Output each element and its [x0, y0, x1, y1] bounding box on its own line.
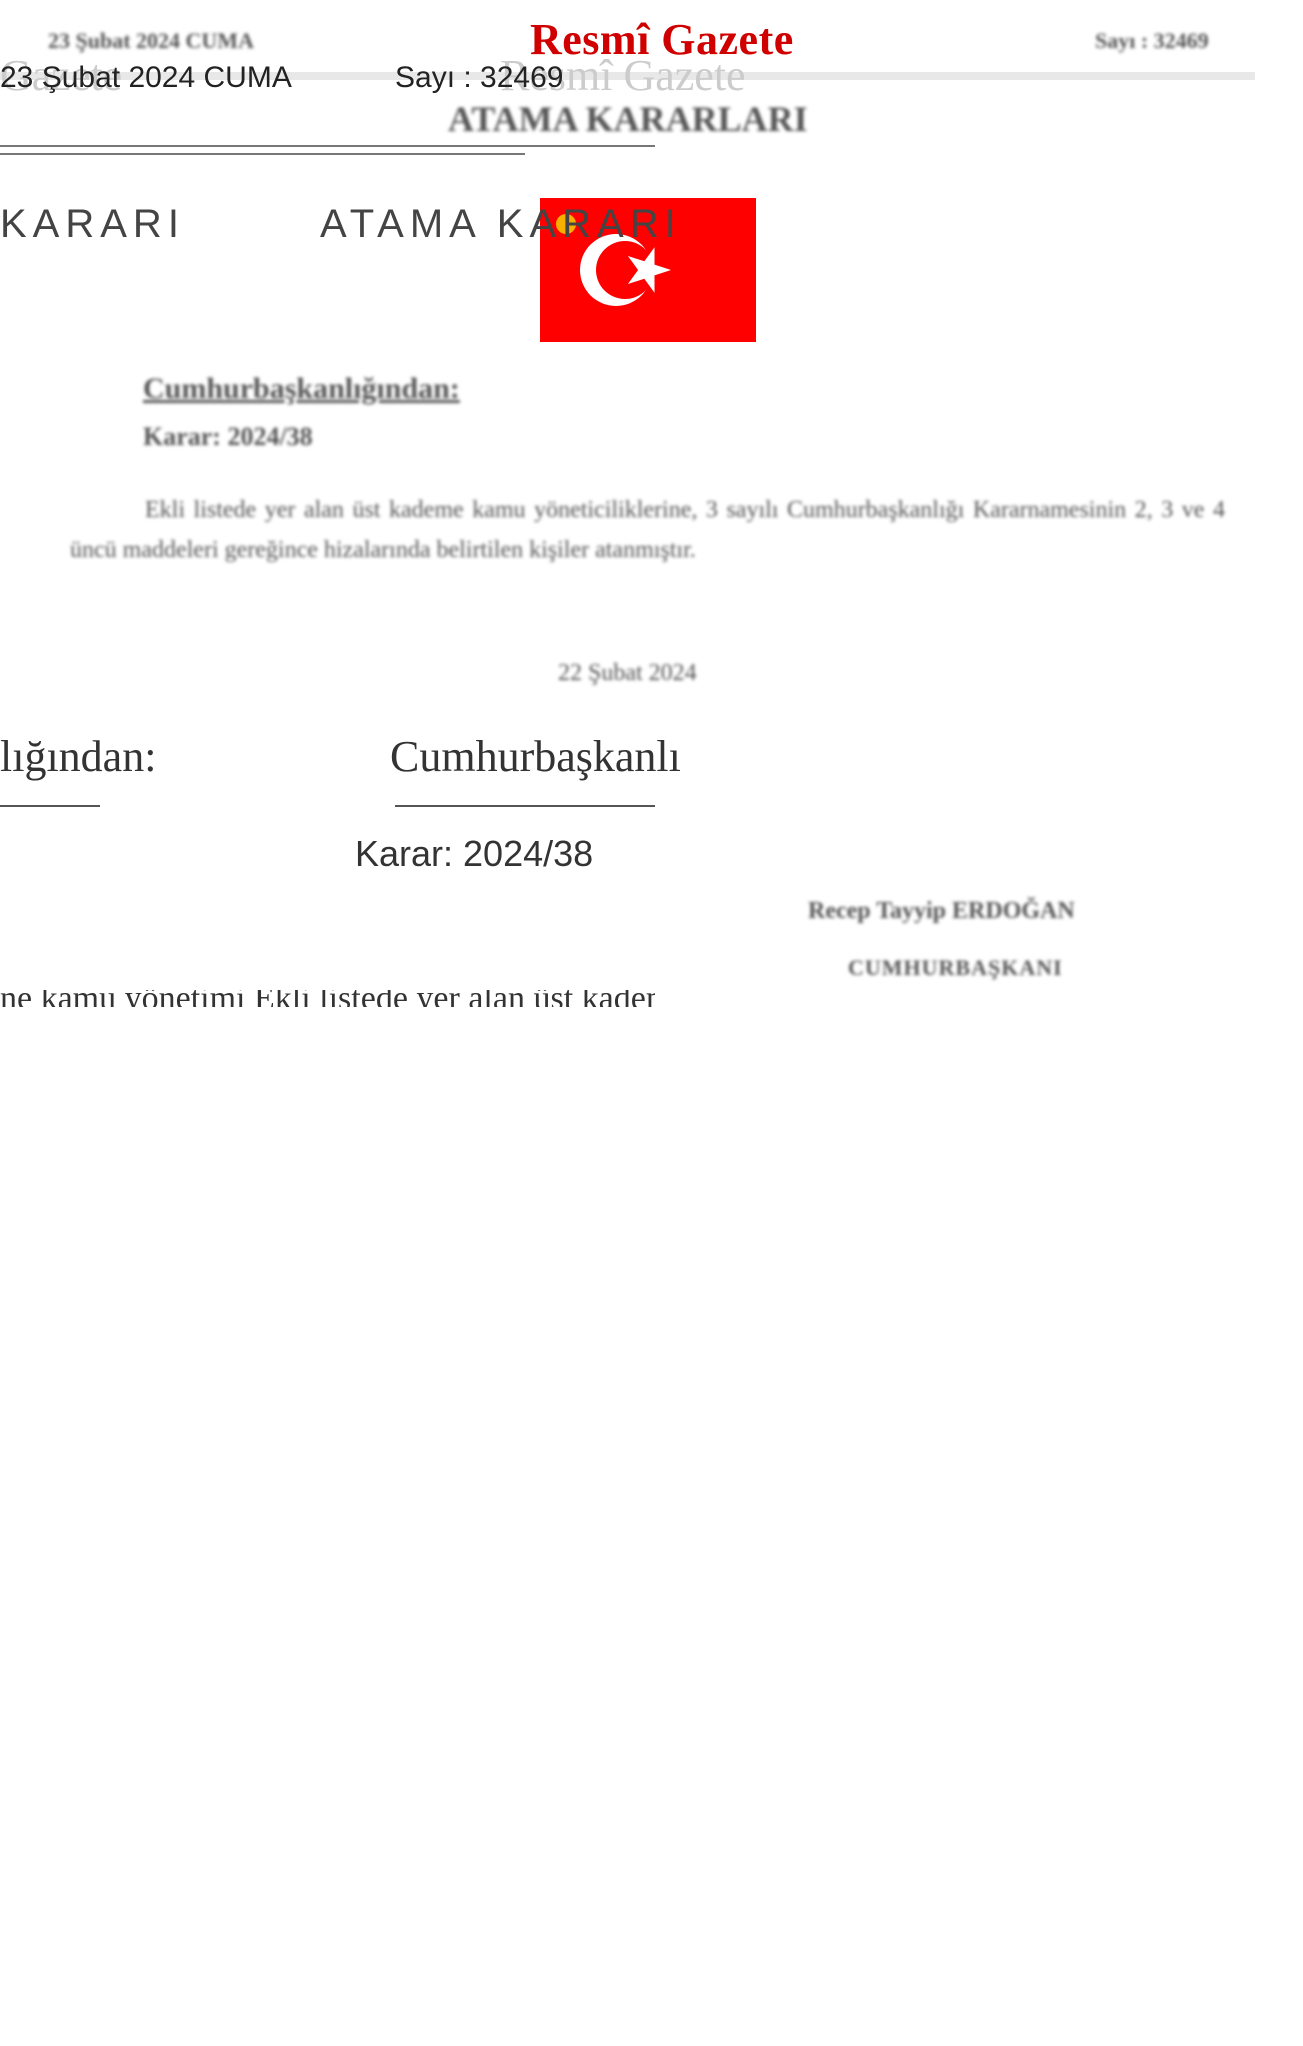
overlay-underline [395, 805, 655, 807]
overlay-issuer-mid: Cumhurbaşkanlı [390, 745, 681, 769]
divider [0, 153, 525, 155]
overlay-atama-left: KARARI [0, 210, 185, 238]
decision-body: Ekli listede yer alan üst kademe kamu yö… [70, 490, 1225, 570]
overlay-issuer-left: lığından: [0, 745, 156, 769]
signer-title: CUMHURBAŞKANI [848, 955, 1063, 981]
decision-number: Karar: 2024/38 [143, 422, 313, 452]
overlay-body-fragment: ne kamu yönetimi Ekli listede yer alan ü… [0, 990, 655, 1007]
issuer-heading: Cumhurbaşkanlığından: [143, 372, 460, 406]
overlay-issue: Sayı : 32469 [395, 64, 563, 91]
header-issue-number: Sayı : 32469 [1095, 28, 1209, 54]
signer-name: Recep Tayyip ERDOĞAN [808, 898, 1075, 925]
decision-date: 22 Şubat 2024 [558, 660, 697, 687]
overlay-atama-mid: ATAMA KARARI [320, 210, 682, 238]
divider [0, 145, 655, 147]
overlay-underline [0, 805, 100, 807]
section-title: ATAMA KARARLARI [448, 98, 808, 140]
overlay-date: 23 Şubat 2024 CUMA [0, 64, 292, 91]
overlay-decision-number: Karar: 2024/38 [355, 845, 593, 863]
